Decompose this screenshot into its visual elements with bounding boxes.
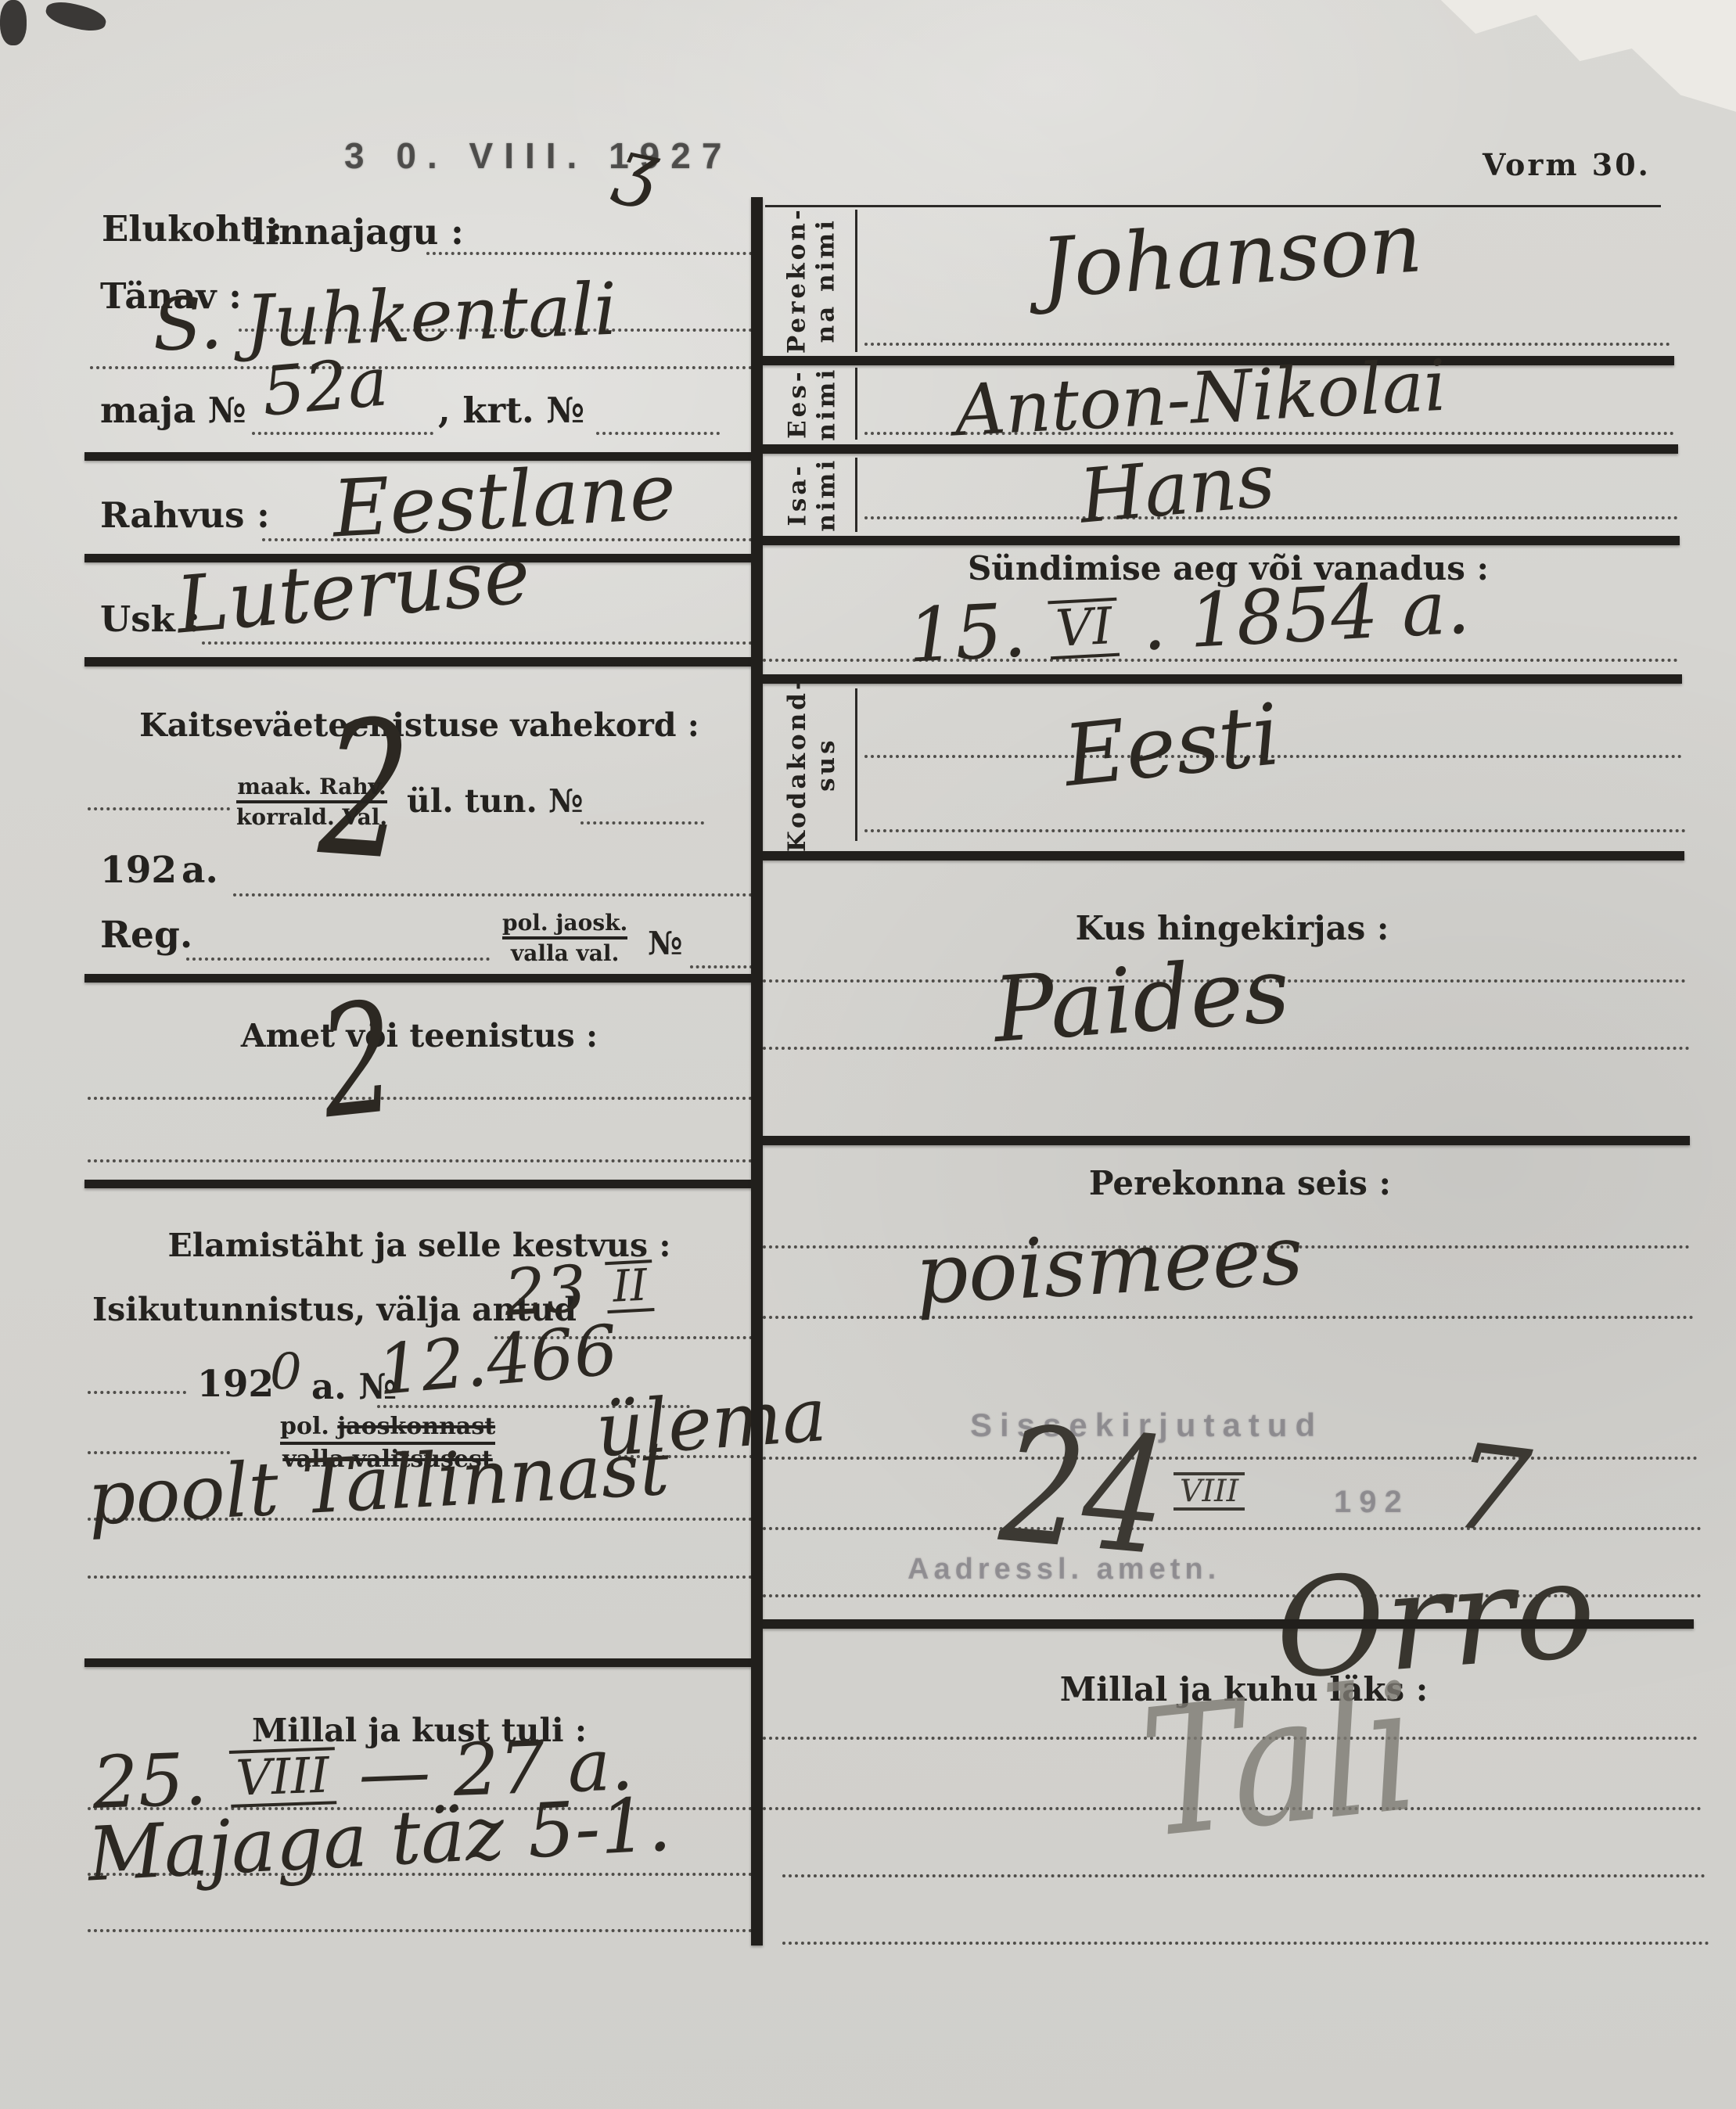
dotted-line: [782, 1942, 1709, 1945]
issue-year-digit: 0: [270, 1347, 302, 1397]
received-date-stamp: 3 0. VIII. 1927: [344, 135, 732, 177]
registered-day-handwritten: 24: [996, 1405, 1173, 1579]
year-suffix: a.: [182, 849, 218, 892]
pol-jaosk-line1: pol. jaosk.: [502, 909, 627, 940]
father-name-label-line2: nimi: [812, 458, 841, 532]
dotted-line: [186, 957, 490, 961]
arrival-month-roman: VIII: [228, 1747, 336, 1807]
dotted-line: [88, 807, 230, 810]
citizenship-label-line1: Kodakond-: [783, 677, 812, 853]
maak-rahv-line2: korrald. Val.: [236, 803, 387, 831]
apartment-no-label: , krt. №: [438, 390, 584, 431]
dotted-line: [864, 755, 1682, 758]
dotted-line: [763, 1047, 1690, 1050]
center-vertical-divider: [751, 197, 763, 1946]
birth-month-roman: VI: [1048, 598, 1120, 659]
right-column-top-rule: [765, 205, 1661, 207]
surname-value: Johanson: [1038, 202, 1425, 311]
dotted-line: [426, 252, 753, 255]
residence-permit-title: Elamistäht ja selle kestvus :: [84, 1227, 754, 1264]
marital-status-title: Perekonna seis :: [798, 1164, 1682, 1202]
first-name-label-line1: Ees-: [783, 367, 812, 441]
departure-pencil-note: Tali: [1134, 1660, 1425, 1863]
dotted-line: [88, 1518, 753, 1521]
scanned-document: 3 0. VIII. 1927 ʒ Vorm 30. Elukoht : lin…: [0, 0, 1736, 2109]
dotted-line: [88, 1159, 753, 1162]
maak-rahv-line1: maak. Rahv.: [236, 773, 387, 803]
label-separator-rule: [855, 688, 857, 841]
linnajagu-label: linnajagu :: [252, 211, 464, 253]
scan-smudge: [44, 0, 109, 35]
dotted-line: [88, 1391, 186, 1394]
section-divider: [763, 851, 1684, 860]
label-separator-rule: [855, 368, 857, 440]
issued-by-value-2: poolt Tallinnast: [86, 1432, 671, 1537]
dotted-line: [88, 1097, 753, 1100]
dotted-line: [763, 659, 1678, 662]
dotted-line: [580, 821, 704, 825]
pol-jaosk-line2: valla val.: [502, 940, 627, 967]
scan-smudge: [0, 0, 27, 45]
birth-day: 15.: [906, 587, 1029, 680]
citizenship-value: Eesti: [1060, 693, 1284, 799]
registered-month-handwritten: VIII: [1174, 1471, 1245, 1516]
surname-label-line1: Perekon-: [783, 207, 812, 354]
occupation-flourish: 2: [314, 981, 402, 1141]
first-name-label: Ees-nimi: [771, 368, 854, 440]
label-separator-rule: [855, 210, 857, 352]
occupation-title: Amet või teenistus :: [84, 1017, 754, 1054]
section-divider: [763, 1136, 1690, 1145]
religion-value: Luteruse: [174, 536, 534, 645]
surname-label: Perekon-na nimi: [771, 210, 854, 350]
section-divider: [763, 536, 1680, 545]
dotted-line: [596, 432, 720, 435]
dotted-line: [88, 1873, 753, 1876]
registered-month-roman: VIII: [1174, 1472, 1245, 1511]
section-divider: [84, 974, 754, 983]
form-number: Vorm 30.: [1483, 147, 1651, 182]
section-divider: [84, 1658, 754, 1667]
military-service-title: Kaitseväeteenistuse vahekord :: [84, 706, 754, 744]
dotted-line: [233, 893, 753, 896]
parish-register-value: Paides: [990, 946, 1292, 1056]
reg-label: Reg.: [100, 914, 192, 957]
dotted-line: [88, 1929, 753, 1932]
citizenship-label: Kodakond-sus: [771, 688, 854, 841]
identity-card-number: 12.466: [375, 1316, 620, 1406]
ul-tun-label: ül. tun. №: [407, 782, 584, 820]
section-divider: [763, 1619, 1694, 1629]
dotted-line: [782, 1874, 1705, 1877]
house-no-value: 52a: [260, 348, 391, 426]
father-name-label-line1: Isa-: [783, 458, 812, 532]
dotted-line: [864, 516, 1678, 519]
registered-stamp-year: 192: [1334, 1485, 1410, 1520]
issue-month-roman: II: [606, 1259, 655, 1313]
section-divider: [84, 1180, 754, 1188]
issue-year-prefix: 192: [197, 1363, 274, 1406]
dotted-line: [864, 343, 1670, 346]
surname-label-line2: na nimi: [812, 207, 841, 354]
street-value: S. Juhkentali: [152, 274, 619, 362]
dotted-line: [763, 1316, 1694, 1319]
document-paper: 3 0. VIII. 1927 ʒ Vorm 30. Elukoht : lin…: [0, 0, 1736, 2109]
dotted-line: [763, 1527, 1702, 1530]
first-name-label-line2: nimi: [812, 367, 841, 441]
year-prefix: 192: [100, 849, 177, 892]
citizenship-label-line2: sus: [812, 677, 841, 853]
father-name-label: Isa-nimi: [771, 458, 854, 532]
pol-jaosk-stack: pol. jaosk. valla val.: [502, 909, 627, 967]
label-separator-rule: [855, 458, 857, 532]
section-divider: [763, 674, 1682, 684]
marital-status-value: poismees: [914, 1214, 1305, 1317]
maak-rahv-stack: maak. Rahv. korrald. Val.: [236, 773, 387, 831]
reg-no-label: №: [648, 925, 683, 962]
dotted-line: [88, 1575, 753, 1579]
dotted-line: [90, 366, 753, 369]
dotted-line: [252, 432, 433, 435]
section-divider: [84, 657, 754, 666]
nationality-label: Rahvus :: [100, 494, 270, 536]
house-no-label: maja №: [100, 390, 246, 431]
dotted-line: [864, 829, 1686, 832]
father-name-value: Hans: [1076, 444, 1278, 534]
dotted-line: [864, 432, 1674, 435]
dotted-line: [763, 1457, 1698, 1460]
birth-rest: . 1854 a.: [1140, 564, 1472, 667]
dotted-line: [690, 965, 753, 968]
